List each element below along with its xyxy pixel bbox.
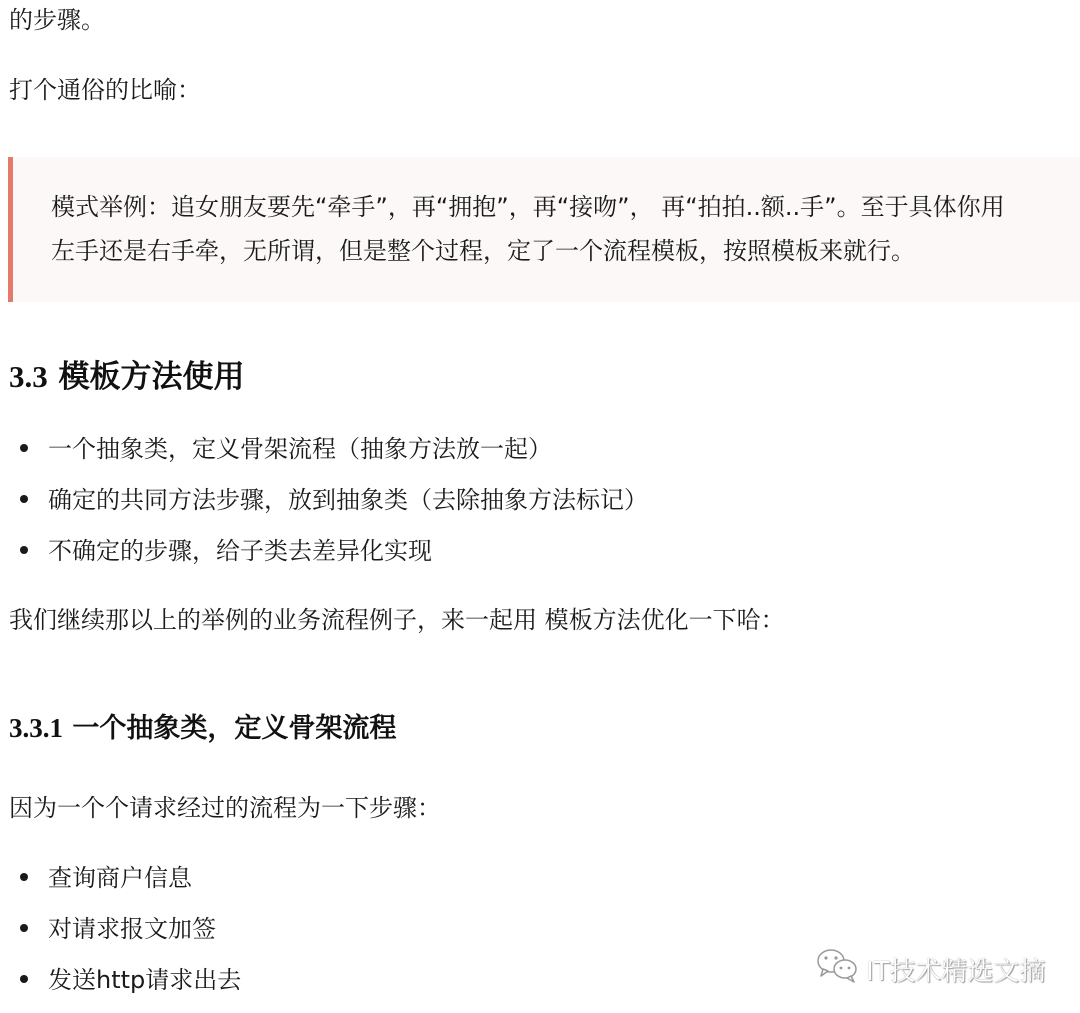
list-item-text: 确定的共同方法步骤，放到抽象类（去除抽象方法标记） (48, 486, 648, 514)
continue-text: 我们继续那以上的举例的业务流程例子，来一起用 模板方法优化一下哈： (9, 600, 785, 640)
metaphor-lead-text: 打个通俗的比喻： (9, 70, 201, 110)
list-item-text: 发送http请求出去 (48, 966, 241, 994)
list-item: 对请求报文加签 (20, 909, 216, 949)
list-item-text: 对请求报文加签 (48, 915, 216, 943)
quote-line-2: 左手还是右手牵，无所谓，但是整个过程，定了一个流程模板，按照模板来就行。 (51, 231, 915, 271)
watermark: IT技术精选文摘 (816, 948, 1046, 991)
steps-lead-text: 因为一个个请求经过的流程为一下步骤： (9, 788, 441, 828)
bullet-icon (20, 924, 28, 932)
watermark-text: IT技术精选文摘 (866, 951, 1046, 988)
quote-line-1: 模式举例：追女朋友要先“牵手”，再“拥抱”，再“接吻”， 再“拍拍..额..手”… (51, 187, 1005, 227)
section-heading-3-3-1: 3.3.1 一个抽象类，定义骨架流程 (9, 706, 396, 751)
bullet-icon (20, 495, 28, 503)
article-page: 的步骤。 打个通俗的比喻： 模式举例：追女朋友要先“牵手”，再“拥抱”，再“接吻… (0, 0, 1080, 1013)
section-title: 模板方法使用 (59, 359, 245, 395)
blockquote: 模式举例：追女朋友要先“牵手”，再“拥抱”，再“接吻”， 再“拍拍..额..手”… (8, 157, 1080, 302)
bullet-icon (20, 546, 28, 554)
bullet-icon (20, 873, 28, 881)
list-item-text: 不确定的步骤，给子类去差异化实现 (48, 537, 432, 565)
list-item: 发送http请求出去 (20, 960, 241, 1000)
intro-tail-text: 的步骤。 (9, 0, 105, 40)
list-item-text: 一个抽象类，定义骨架流程（抽象方法放一起） (48, 435, 552, 463)
bullet-icon (20, 975, 28, 983)
list-item-text: 查询商户信息 (48, 864, 192, 892)
section-title: 一个抽象类，定义骨架流程 (72, 713, 396, 744)
section-heading-3-3: 3.3 模板方法使用 (9, 355, 245, 399)
section-number: 3.3 (9, 359, 48, 394)
list-item: 一个抽象类，定义骨架流程（抽象方法放一起） (20, 429, 552, 469)
bullet-icon (20, 444, 28, 452)
wechat-icon (816, 948, 866, 991)
list-item: 确定的共同方法步骤，放到抽象类（去除抽象方法标记） (20, 480, 648, 520)
list-item: 查询商户信息 (20, 858, 192, 898)
list-item: 不确定的步骤，给子类去差异化实现 (20, 531, 432, 571)
section-number: 3.3.1 (9, 713, 63, 743)
